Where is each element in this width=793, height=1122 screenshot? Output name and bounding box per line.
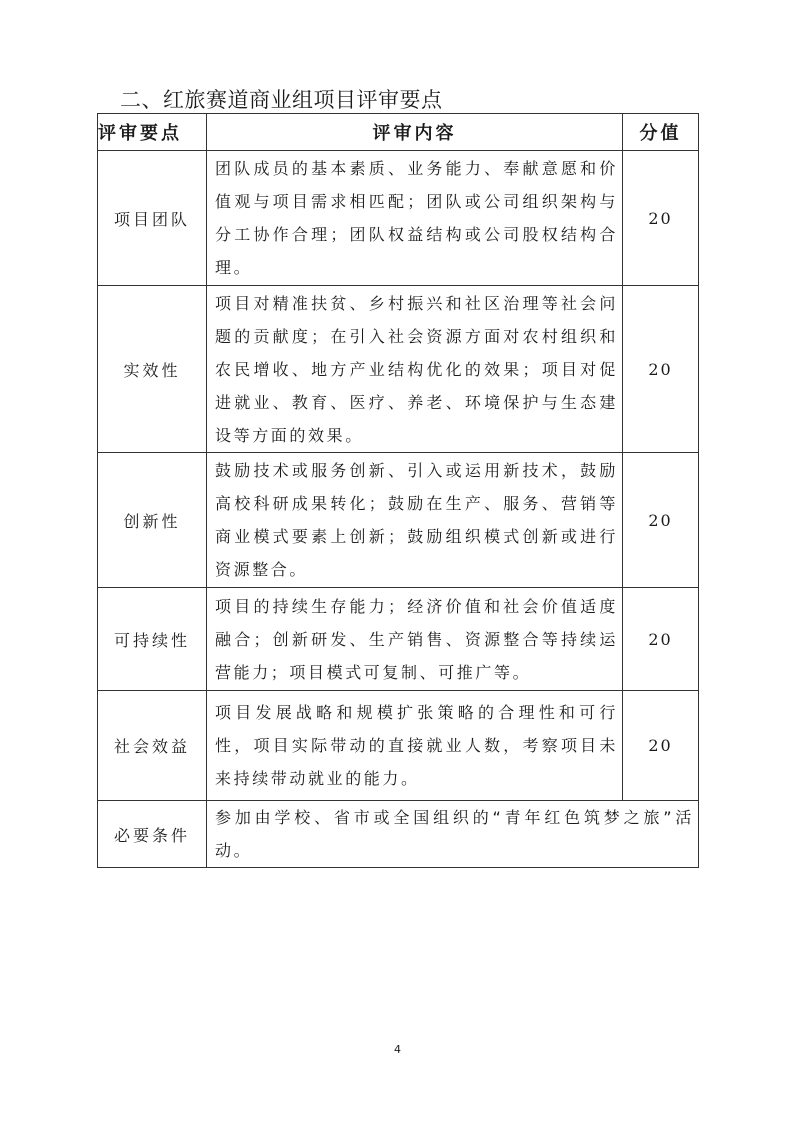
table-row: 社会效益 项目发展战略和规模扩张策略的合理性和可行性，项目实际带动的直接就业人数… [98, 691, 699, 801]
row-key: 社会效益 [98, 691, 207, 801]
evaluation-criteria-table: 评审要点 评审内容 分值 项目团队 团队成员的基本素质、业务能力、奉献意愿和价值… [97, 113, 699, 868]
row-content: 项目对精准扶贫、乡村振兴和社区治理等社会问题的贡献度；在引入社会资源方面对农村组… [207, 286, 623, 453]
page-number: 4 [394, 1043, 401, 1056]
row-content: 参加由学校、省市或全国组织的“青年红色筑梦之旅”活动。 [207, 801, 699, 868]
row-content: 团队成员的基本素质、业务能力、奉献意愿和价值观与项目需求相匹配；团队或公司组织架… [207, 151, 623, 286]
table-row: 可持续性 项目的持续生存能力；经济价值和社会价值适度融合；创新研发、生产销售、资… [98, 588, 699, 691]
row-score: 20 [623, 691, 699, 801]
row-content: 项目发展战略和规模扩张策略的合理性和可行性，项目实际带动的直接就业人数，考察项目… [207, 691, 623, 801]
row-key: 项目团队 [98, 151, 207, 286]
table-header-row: 评审要点 评审内容 分值 [98, 114, 699, 151]
table-row: 必要条件 参加由学校、省市或全国组织的“青年红色筑梦之旅”活动。 [98, 801, 699, 868]
row-score: 20 [623, 588, 699, 691]
row-score: 20 [623, 151, 699, 286]
table-row: 创新性 鼓励技术或服务创新、引入或运用新技术，鼓励高校科研成果转化；鼓励在生产、… [98, 453, 699, 588]
row-key: 创新性 [98, 453, 207, 588]
row-key: 可持续性 [98, 588, 207, 691]
table-row: 实效性 项目对精准扶贫、乡村振兴和社区治理等社会问题的贡献度；在引入社会资源方面… [98, 286, 699, 453]
section-title: 二、红旅赛道商业组项目评审要点 [120, 84, 443, 114]
row-content: 鼓励技术或服务创新、引入或运用新技术，鼓励高校科研成果转化；鼓励在生产、服务、营… [207, 453, 623, 588]
row-score: 20 [623, 453, 699, 588]
row-key: 必要条件 [98, 801, 207, 868]
row-score: 20 [623, 286, 699, 453]
header-key: 评审要点 [98, 114, 207, 151]
row-key: 实效性 [98, 286, 207, 453]
header-score: 分值 [623, 114, 699, 151]
row-content: 项目的持续生存能力；经济价值和社会价值适度融合；创新研发、生产销售、资源整合等持… [207, 588, 623, 691]
header-content: 评审内容 [207, 114, 623, 151]
table-row: 项目团队 团队成员的基本素质、业务能力、奉献意愿和价值观与项目需求相匹配；团队或… [98, 151, 699, 286]
